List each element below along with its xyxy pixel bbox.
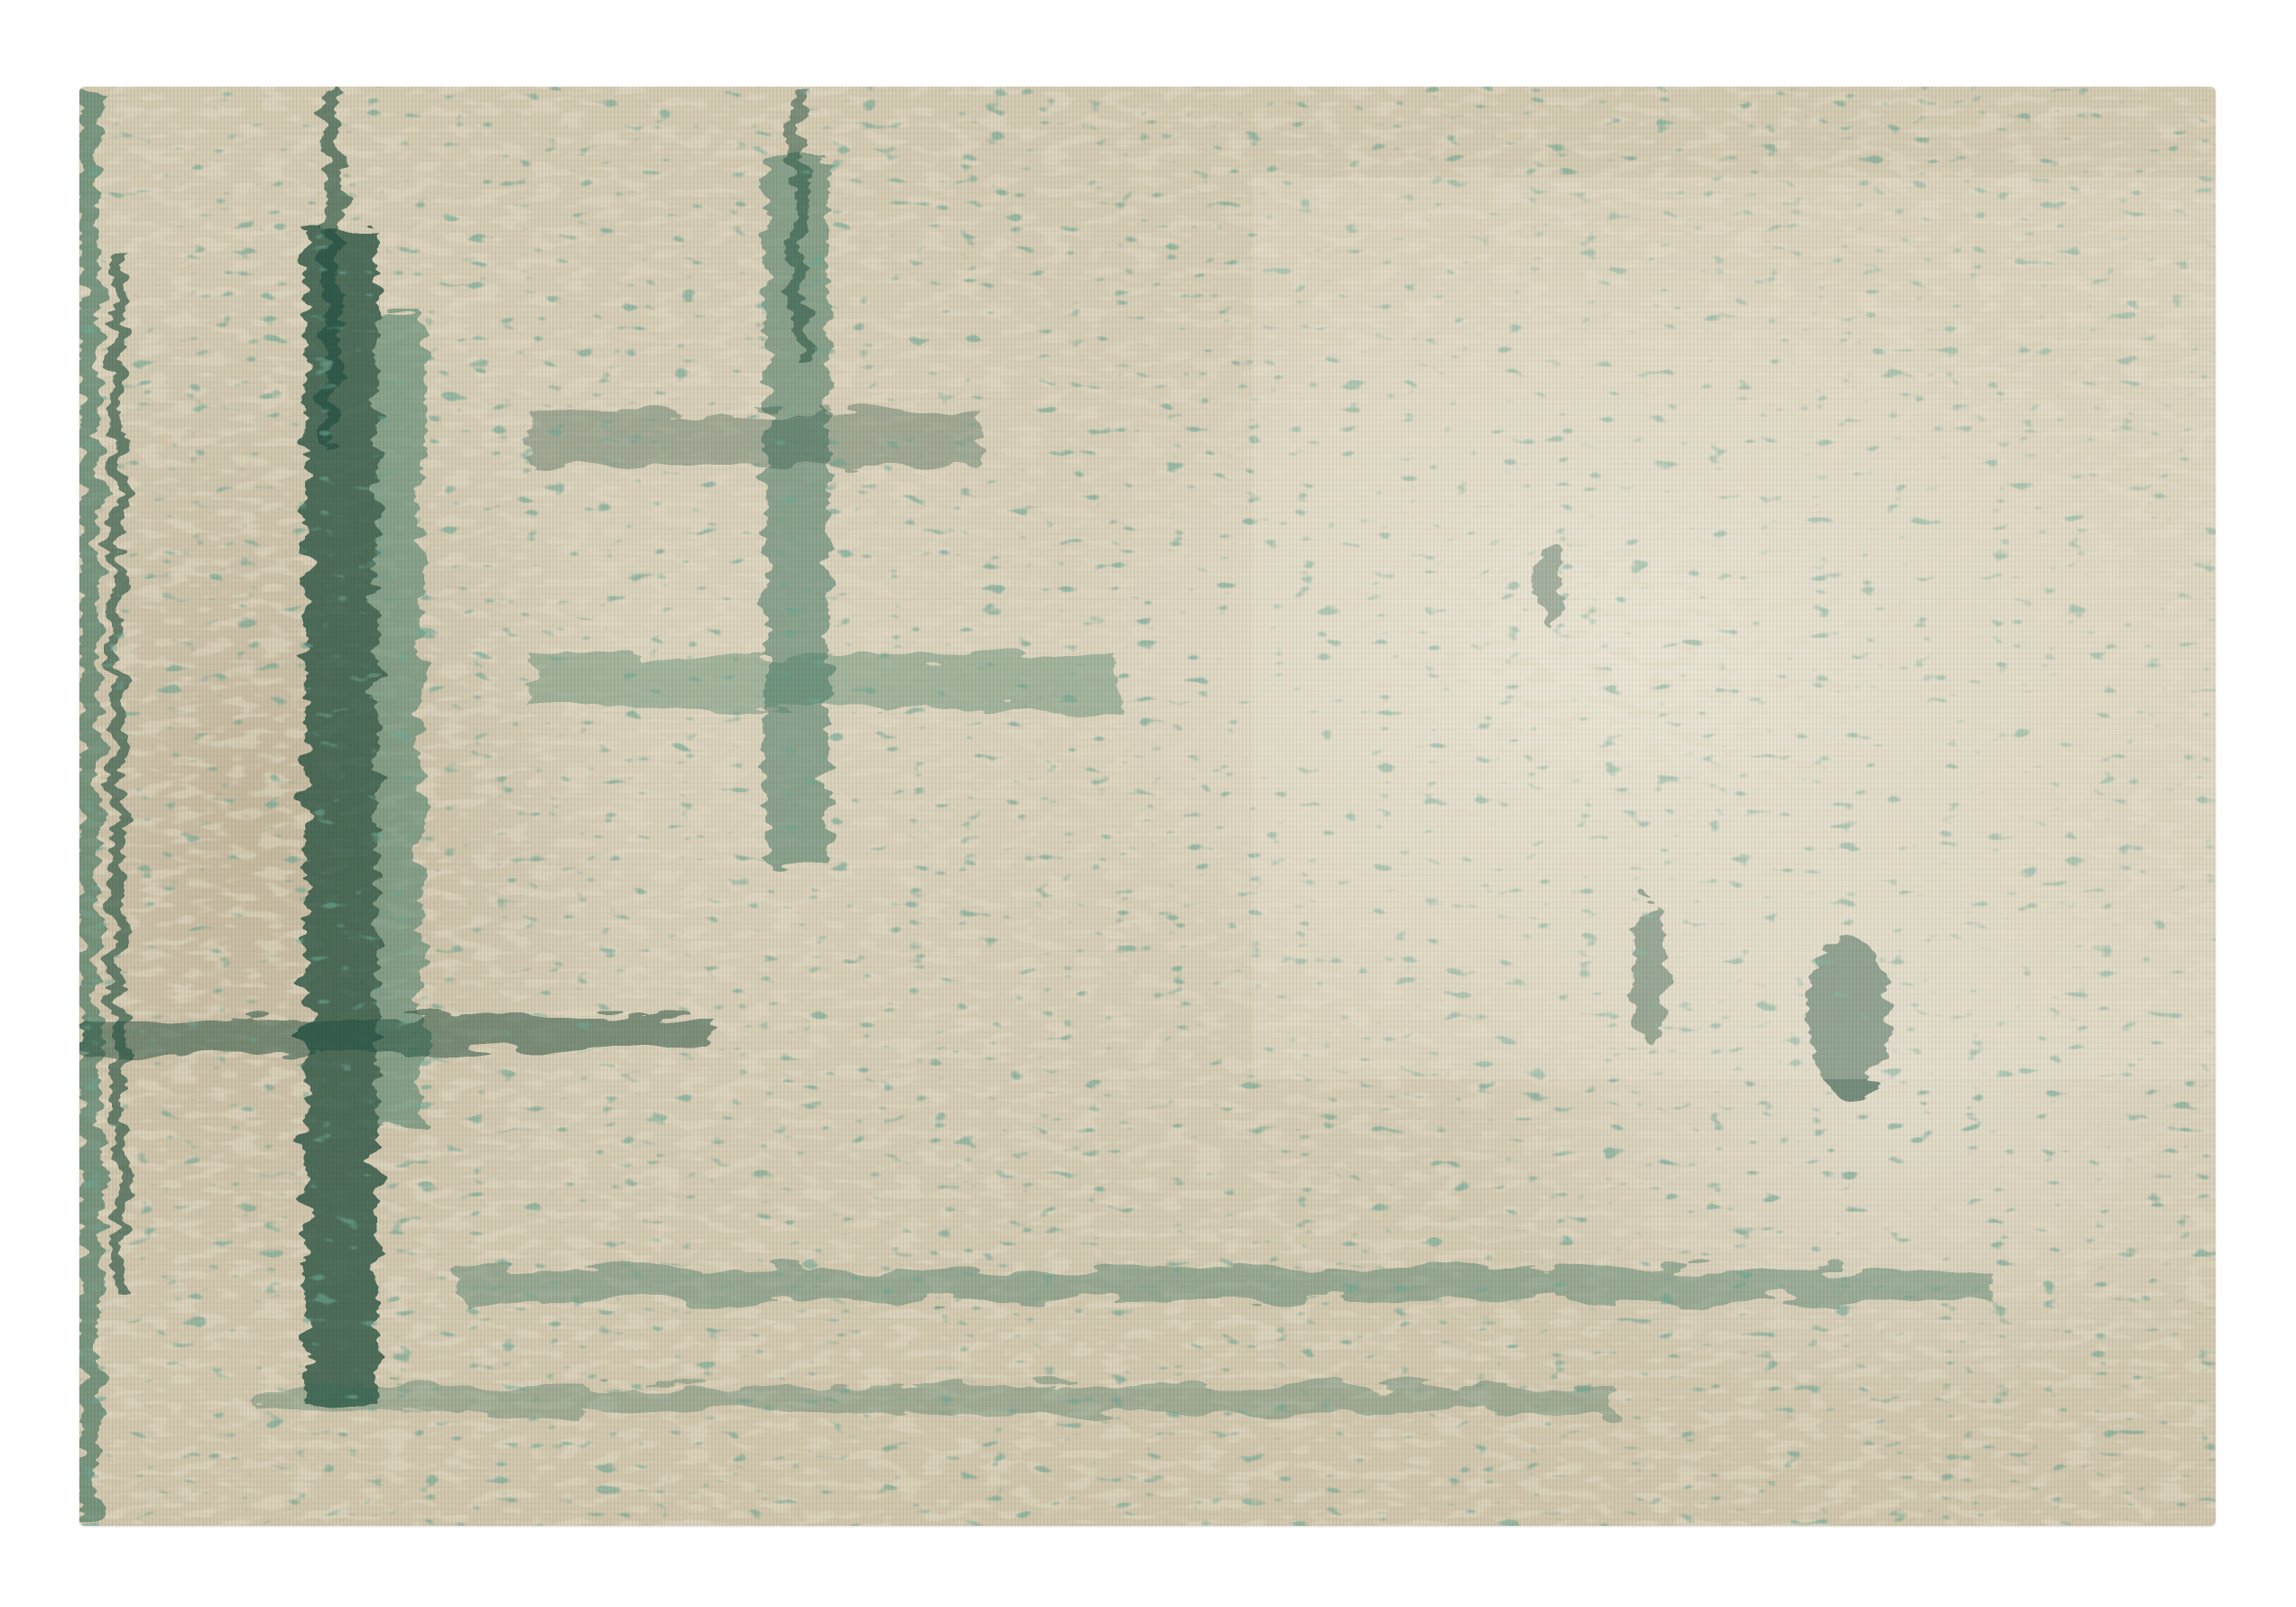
rug-photo [79,87,2216,1526]
weave-texture [79,87,2216,1526]
